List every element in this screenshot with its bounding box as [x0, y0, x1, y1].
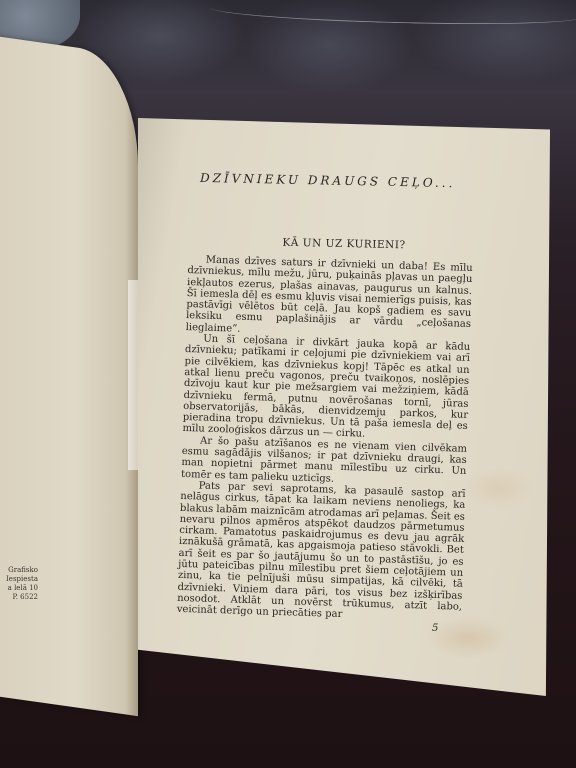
left-page-imprint: Grafisko Iespiesta a lelā 10 P. 6522 [0, 566, 38, 602]
imprint-line: P. 6522 [0, 593, 38, 602]
paragraph: Pats par sevi saprotams, ka pasaulē sast… [177, 480, 466, 624]
body-text: Manas dzīves saturs ir dzīvnieki un daba… [177, 254, 473, 624]
page-number: 5 [432, 623, 438, 634]
paragraph: Manas dzīves saturs ir dzīvnieki un daba… [186, 254, 473, 342]
book-spine [128, 280, 138, 470]
chapter-title: KĀ UN UZ KURIENI? [138, 234, 550, 255]
paragraph: Un šī ceļošana ir divkārt jauka kopā ar … [182, 333, 470, 444]
imprint-line: Iespiesta [0, 575, 38, 584]
imprint-line: a lelā 10 [0, 584, 38, 593]
imprint-line: Grafisko [0, 566, 38, 575]
right-page: DZĪVNIEKU DRAUGS CEĻO... KĀ UN UZ KURIEN… [138, 118, 550, 696]
left-page [0, 34, 138, 716]
running-head: DZĪVNIEKU DRAUGS CEĻO... [200, 171, 500, 191]
